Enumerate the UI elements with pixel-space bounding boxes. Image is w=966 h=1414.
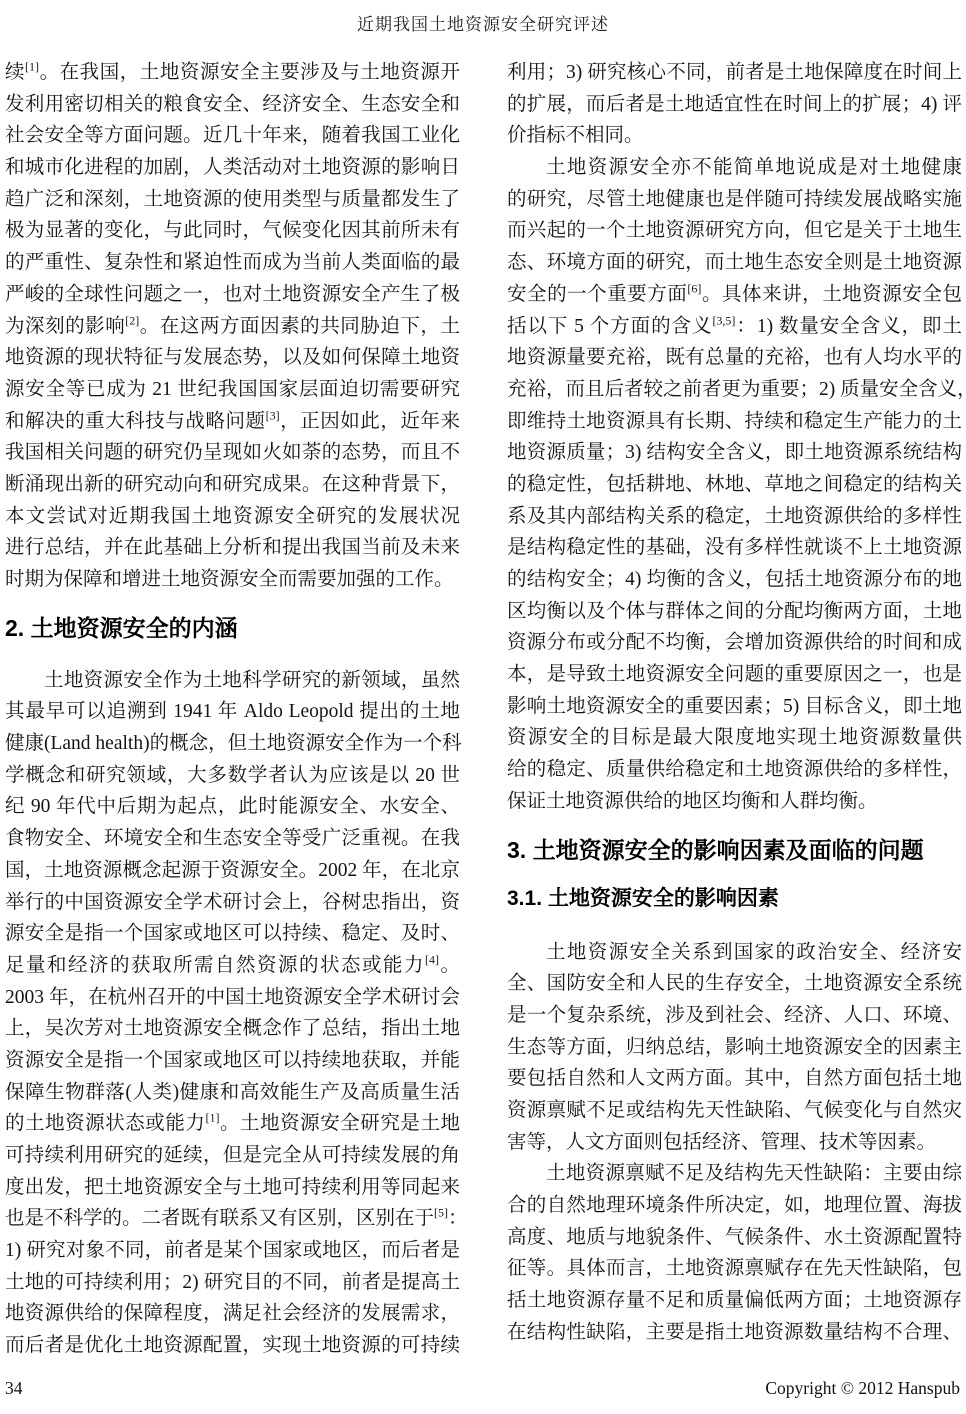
text-line: 在结构性缺陷，主要是指土地资源数量结构不合理、 — [507, 1317, 962, 1349]
text-line: 可持续利用研究的延续，但是完全从可持续发展的角 — [5, 1140, 460, 1172]
text-line: 是一个复杂系统，涉及到社会、经济、人口、环境、 — [507, 1000, 962, 1032]
text-line: 征等。具体而言，土地资源禀赋存在先天性缺陷，包 — [507, 1253, 962, 1285]
text-line: 要包括自然和人文两方面。其中，自然方面包括土地 — [507, 1063, 962, 1095]
text-line: 而兴起的一个土地资源研究方向，但它是关于土地生 — [507, 215, 962, 247]
two-column-body: 续[1]。在我国，土地资源安全主要涉及与土地资源开发利用密切相关的粮食安全、经济… — [5, 57, 961, 1362]
text-line: 资源安全的目标是最大限度地实现土地资源数量供 — [507, 722, 962, 754]
page-header: 近期我国土地资源安全研究评述 — [0, 10, 966, 35]
text-line: 价指标不相同。 — [507, 120, 962, 152]
text-line: 保障生物群落(人类)健康和高效能生产及高质量生活 — [5, 1077, 460, 1109]
page-footer: 34 Copyright © 2012 Hanspub — [5, 1378, 960, 1399]
text-line: 充裕，而且后者较之前者更为重要；2) 质量安全含义， — [507, 374, 962, 406]
text-line: 纪 90 年代中后期为起点，此时能源安全、水安全、 — [5, 791, 460, 823]
text-line: 极为显著的变化，与此同时，气候变化因其前所未有 — [5, 215, 460, 247]
text-line: 土地的可持续利用；2) 研究目的不同，前者是提高土 — [5, 1267, 460, 1299]
paragraph: 土地资源安全关系到国家的政治安全、经济安全、国防安全和人民的生存安全，土地资源安… — [507, 937, 962, 1159]
copyright-notice: Copyright © 2012 Hanspub — [765, 1378, 960, 1399]
text-line: 合的自然地理环境条件所决定，如，地理位置、海拔 — [507, 1190, 962, 1222]
text-line: 的研究，尽管土地健康也是伴随可持续发展战略实施 — [507, 184, 962, 216]
text-line: 学概念和研究领域，大多数学者认为应该是以 20 世 — [5, 760, 460, 792]
text-line: 的严重性、复杂性和紧迫性而成为当前人类面临的最 — [5, 247, 460, 279]
column-left: 续[1]。在我国，土地资源安全主要涉及与土地资源开发利用密切相关的粮食安全、经济… — [5, 57, 460, 1362]
text-line: 的土地资源状态或能力[1]。土地资源安全研究是土地 — [5, 1108, 460, 1140]
paragraph: 土地资源禀赋不足及结构先天性缺陷：主要由综合的自然地理环境条件所决定，如，地理位… — [507, 1158, 962, 1348]
column-right: 利用；3) 研究核心不同，前者是土地保障度在时间上的扩展，而后者是土地适宜性在时… — [507, 57, 962, 1362]
text-line: 资源分布或分配不均衡，会增加资源供给的时间和成 — [507, 627, 962, 659]
text-line: 食物安全、环境安全和生态安全等受广泛重视。在我 — [5, 823, 460, 855]
text-line: 括以下 5 个方面的含义[3,5]：1) 数量安全含义，即土 — [507, 311, 962, 343]
text-line: 源安全是指一个国家或地区可以持续、稳定、及时、 — [5, 918, 460, 950]
text-line: 态、环境方面的研究，而土地生态安全则是土地资源 — [507, 247, 962, 279]
text-line: 土地资源安全作为土地科学研究的新领域，虽然 — [5, 665, 460, 697]
text-line: 害等，人文方面则包括经济、管理、技术等因素。 — [507, 1127, 962, 1159]
text-line: 足量和经济的获取所需自然资源的状态或能力[4]。 — [5, 950, 460, 982]
text-line: 趋广泛和深刻，土地资源的使用类型与质量都发生了 — [5, 184, 460, 216]
text-line: 2003 年，在杭州召开的中国土地资源安全学术研讨会 — [5, 982, 460, 1014]
text-line: 土地资源禀赋不足及结构先天性缺陷：主要由综 — [507, 1158, 962, 1190]
text-line: 1) 研究对象不同，前者是某个国家或地区，而后者是 — [5, 1235, 460, 1267]
text-line: 利用；3) 研究核心不同，前者是土地保障度在时间上 — [507, 57, 962, 89]
text-line: 我国相关问题的研究仍呈现如火如荼的态势，而且不 — [5, 437, 460, 469]
text-line: 土地资源安全亦不能简单地说成是对土地健康 — [507, 152, 962, 184]
text-line: 本，是导致土地资源安全问题的重要原因之一，也是 — [507, 659, 962, 691]
paragraph: 利用；3) 研究核心不同，前者是土地保障度在时间上的扩展，而后者是土地适宜性在时… — [507, 57, 962, 152]
text-line: 健康(Land health)的概念，但土地资源安全作为一个科 — [5, 728, 460, 760]
text-line: 和城市化进程的加剧，人类活动对土地资源的影响日 — [5, 152, 460, 184]
text-line: 进行总结，并在此基础上分析和提出我国当前及未来 — [5, 532, 460, 564]
text-line: 时期为保障和增进土地资源安全而需要加强的工作。 — [5, 564, 460, 596]
text-line: 区均衡以及个体与群体之间的分配均衡两方面，土地 — [507, 596, 962, 628]
paragraph: 土地资源安全亦不能简单地说成是对土地健康的研究，尽管土地健康也是伴随可持续发展战… — [507, 152, 962, 817]
text-line: 全、国防安全和人民的生存安全，土地资源安全系统 — [507, 968, 962, 1000]
text-line: 也是不科学的。二者既有联系又有区别，区别在于[5]： — [5, 1203, 460, 1235]
text-line: 举行的中国资源安全学术研讨会上，谷树忠指出，资 — [5, 887, 460, 919]
running-title: 近期我国土地资源安全研究评述 — [357, 15, 609, 34]
text-line: 国，土地资源概念起源于资源安全。2002 年，在北京 — [5, 855, 460, 887]
subsection-heading: 3.1. 土地资源安全的影响因素 — [507, 887, 962, 911]
text-line: 严峻的全球性问题之一，也对土地资源安全产生了极 — [5, 279, 460, 311]
text-line: 续[1]。在我国，土地资源安全主要涉及与土地资源开 — [5, 57, 460, 89]
text-line: 社会安全等方面问题。近几十年来，随着我国工业化 — [5, 120, 460, 152]
text-line: 生态等方面，归纳总结，影响土地资源安全的因素主 — [507, 1032, 962, 1064]
text-line: 为深刻的影响[2]。在这两方面因素的共同胁迫下，土 — [5, 311, 460, 343]
page: 近期我国土地资源安全研究评述 续[1]。在我国，土地资源安全主要涉及与土地资源开… — [0, 0, 966, 1414]
text-line: 的扩展，而后者是土地适宜性在时间上的扩展；4) 评 — [507, 89, 962, 121]
text-line: 土地资源安全关系到国家的政治安全、经济安 — [507, 937, 962, 969]
text-line: 高度、地质与地貌条件、气候条件、水土资源配置特 — [507, 1222, 962, 1254]
paragraph: 续[1]。在我国，土地资源安全主要涉及与土地资源开发利用密切相关的粮食安全、经济… — [5, 57, 460, 596]
text-line: 地资源量要充裕，既有总量的充裕，也有人均水平的 — [507, 342, 962, 374]
paragraph: 土地资源安全作为土地科学研究的新领域，虽然其最早可以追溯到 1941 年 Ald… — [5, 665, 460, 1362]
text-line: 资源禀赋不足或结构先天性缺陷、气候变化与自然灾 — [507, 1095, 962, 1127]
text-line: 和解决的重大科技与战略问题[3]，正因如此，近年来 — [5, 406, 460, 438]
text-line: 地资源质量；3) 结构安全含义，即土地资源系统结构 — [507, 437, 962, 469]
text-line: 地资源供给的保障程度，满足社会经济的发展需求， — [5, 1298, 460, 1330]
text-line: 地资源的现状特征与发展态势，以及如何保障土地资 — [5, 342, 460, 374]
text-line: 而后者是优化土地资源配置，实现土地资源的可持续 — [5, 1330, 460, 1362]
text-line: 断涌现出新的研究动向和研究成果。在这种背景下， — [5, 469, 460, 501]
text-line: 是结构稳定性的基础，没有多样性就谈不上土地资源 — [507, 532, 962, 564]
text-line: 源安全等已成为 21 世纪我国国家层面迫切需要研究 — [5, 374, 460, 406]
text-line: 影响土地资源安全的重要因素；5) 目标含义，即土地 — [507, 691, 962, 723]
text-line: 给的稳定、质量供给稳定和土地资源供给的多样性， — [507, 754, 962, 786]
text-line: 保证土地资源供给的地区均衡和人群均衡。 — [507, 786, 962, 818]
text-line: 发利用密切相关的粮食安全、经济安全、生态安全和 — [5, 89, 460, 121]
section-heading: 3. 土地资源安全的影响因素及面临的问题 — [507, 837, 962, 863]
text-line: 度出发，把土地资源安全与土地可持续利用等同起来 — [5, 1172, 460, 1204]
text-line: 即维持土地资源具有长期、持续和稳定生产能力的土 — [507, 406, 962, 438]
section-heading: 2. 土地资源安全的内涵 — [5, 615, 460, 641]
text-line: 资源安全是指一个国家或地区可以持续地获取，并能 — [5, 1045, 460, 1077]
text-line: 上，吴次芳对土地资源安全概念作了总结，指出土地 — [5, 1013, 460, 1045]
text-line: 安全的一个重要方面[6]。具体来讲，土地资源安全包 — [507, 279, 962, 311]
text-line: 的结构安全；4) 均衡的含义，包括土地资源分布的地 — [507, 564, 962, 596]
page-number: 34 — [5, 1378, 23, 1399]
text-line: 其最早可以追溯到 1941 年 Aldo Leopold 提出的土地 — [5, 696, 460, 728]
text-line: 括土地资源存量不足和质量偏低两方面；土地资源存 — [507, 1285, 962, 1317]
text-line: 本文尝试对近期我国土地资源安全研究的发展状况 — [5, 501, 460, 533]
text-line: 的稳定性，包括耕地、林地、草地之间稳定的结构关 — [507, 469, 962, 501]
text-line: 系及其内部结构关系的稳定，土地资源供给的多样性 — [507, 501, 962, 533]
